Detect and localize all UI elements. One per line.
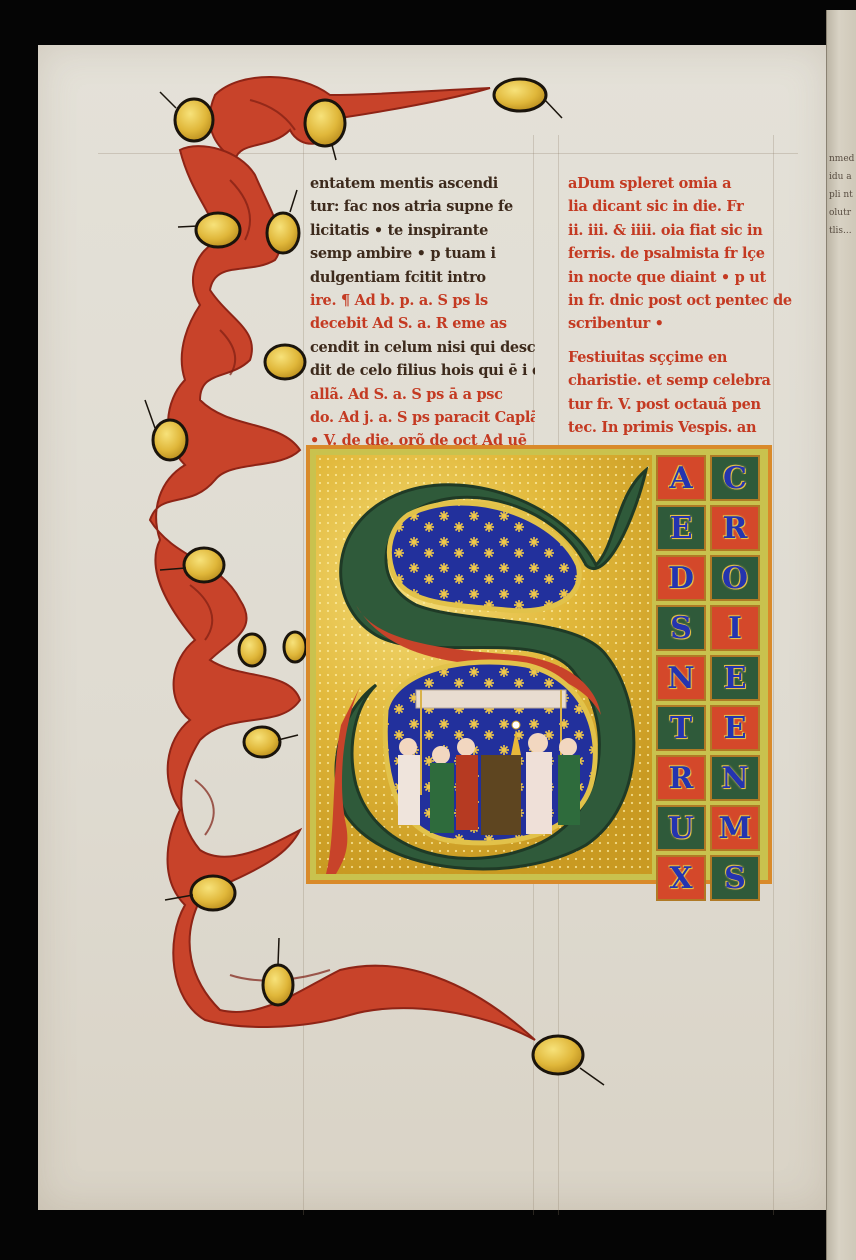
grid-letter: E — [710, 705, 760, 751]
grid-letter: N — [710, 755, 760, 801]
historiated-initial-s — [316, 455, 652, 874]
grid-letter: D — [656, 555, 706, 601]
grid-letter: N — [656, 655, 706, 701]
initial-letter-grid: A C E R D O S I N E T E R N U M X S — [656, 455, 760, 901]
grid-letter: O — [710, 555, 760, 601]
grid-letter: C — [710, 455, 760, 501]
grid-letter: X — [656, 855, 706, 901]
grid-letter: A — [656, 455, 706, 501]
grid-letter: E — [710, 655, 760, 701]
grid-letter: M — [710, 805, 760, 851]
grid-letter: S — [656, 605, 706, 651]
grid-letter: R — [656, 755, 706, 801]
grid-letter: I — [710, 605, 760, 651]
grid-letter: T — [656, 705, 706, 751]
grid-letter: S — [710, 855, 760, 901]
grid-letter: U — [656, 805, 706, 851]
grid-letter: R — [710, 505, 760, 551]
grid-letter: E — [656, 505, 706, 551]
illuminated-initial-frame: A C E R D O S I N E T E R N U M X S — [306, 445, 772, 884]
